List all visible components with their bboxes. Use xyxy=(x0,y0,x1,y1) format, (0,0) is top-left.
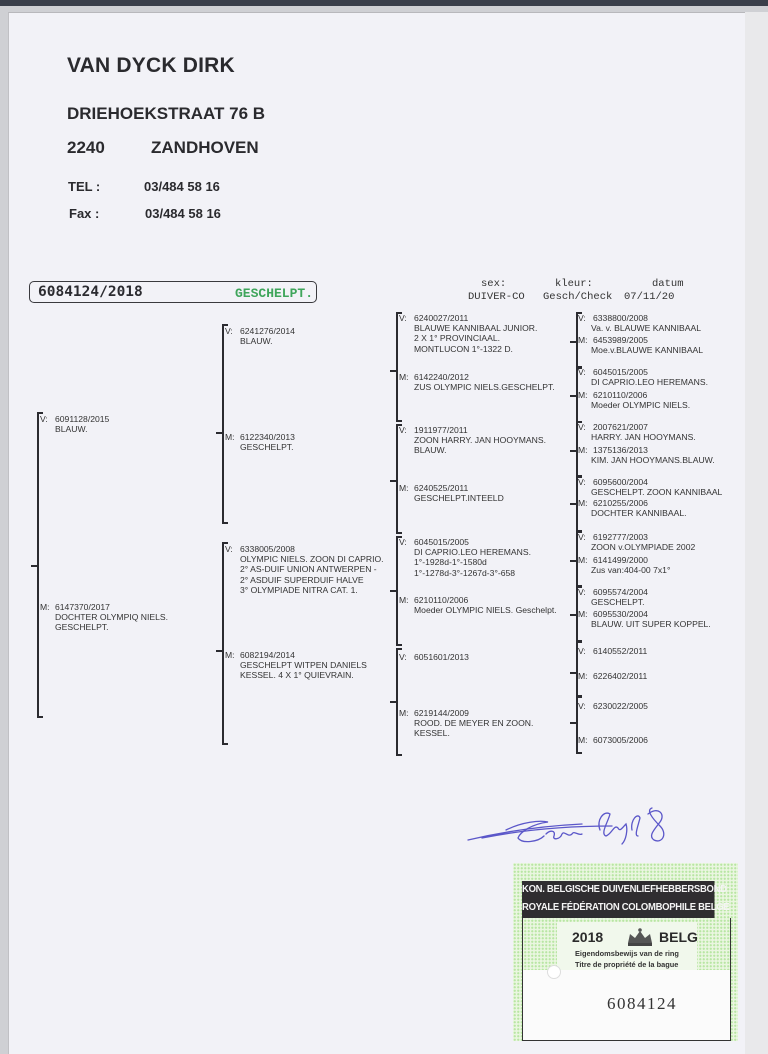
description-line: OLYMPIC NIELS. ZOON DI CAPRIO. xyxy=(225,554,384,564)
description-line: KIM. JAN HOOYMANS.BLAUW. xyxy=(578,455,715,465)
description-line: ZOON v.OLYMPIADE 2002 xyxy=(578,542,695,552)
owner-postal-code: 2240 xyxy=(67,138,105,158)
ring-number: 6045015/2005 xyxy=(578,367,708,377)
description-line: BLAUW. UIT SUPER KOPPEL. xyxy=(578,619,711,629)
ring-number: 6095574/2004 xyxy=(578,587,648,597)
card-country: BELG xyxy=(659,929,698,945)
ring-number: 6095530/2004 xyxy=(578,609,711,619)
tree-connector xyxy=(31,565,38,567)
description-line: DI CAPRIO.LEO HEREMANS. xyxy=(399,547,531,557)
sex-value: DUIVER-CO xyxy=(468,291,525,303)
fax-value: 03/484 58 16 xyxy=(145,206,221,221)
card-header-nl: KON. BELGISCHE DUIVENLIEFHEBBERSBOND xyxy=(522,881,715,899)
ring-number: 6051601/2013 xyxy=(399,652,469,662)
description-line: Va. v. BLAUWE KANNIBAAL xyxy=(578,323,701,333)
signature-icon xyxy=(462,800,692,850)
tree-connector xyxy=(570,341,577,343)
owner-city: ZANDHOVEN xyxy=(151,138,259,158)
description-line: Moeder OLYMPIC NIELS. Geschelpt. xyxy=(399,605,557,615)
description-line: ROOD. DE MEYER EN ZOON. xyxy=(399,718,533,728)
ring-number: 2007621/2007 xyxy=(578,422,696,432)
tree-connector xyxy=(390,370,397,372)
ring-number: 6095600/2004 xyxy=(578,477,722,487)
ring-number: 6210255/2006 xyxy=(578,498,687,508)
tree-connector xyxy=(390,701,397,703)
kleur-value: Gesch/Check xyxy=(543,291,612,303)
description-line: GESCHELPT. xyxy=(225,442,295,452)
ownership-card: KON. BELGISCHE DUIVENLIEFHEBBERSBOND ROY… xyxy=(513,863,738,1041)
scanner-frame-top xyxy=(0,0,768,6)
card-punch-hole xyxy=(547,965,561,979)
kleur-label: kleur: xyxy=(555,278,593,290)
tree-connector xyxy=(570,503,577,505)
ring-number: 6241276/2014 xyxy=(225,326,295,336)
ring-number: 6240525/2011 xyxy=(399,483,504,493)
description-line: GESCHELPT. ZOON KANNIBAAL xyxy=(578,487,722,497)
card-header-fr: ROYALE FÉDÉRATION COLOMBOPHILE BELGE xyxy=(522,899,715,917)
tel-value: 03/484 58 16 xyxy=(144,179,220,194)
card-ring-number: 6084124 xyxy=(607,994,677,1014)
description-line: ZOON HARRY. JAN HOOYMANS. xyxy=(399,435,546,445)
description-line: GESCHELPT.INTEELD xyxy=(399,493,504,503)
description-line: Moe.v.BLAUWE KANNIBAAL xyxy=(578,345,703,355)
ring-number: 1911977/2011 xyxy=(399,425,546,435)
description-line: Zus van:404-00 7x1° xyxy=(578,565,670,575)
tree-connector xyxy=(216,650,223,652)
description-line: KESSEL. 4 X 1° QUIEVRAIN. xyxy=(225,670,367,680)
datum-label: datum xyxy=(652,278,684,290)
description-line: KESSEL. xyxy=(399,728,533,738)
description-line: 3° OLYMPIADE NITRA CAT. 1. xyxy=(225,585,384,595)
description-line: 2° ASDUIF SUPERDUIF HALVE xyxy=(225,575,384,585)
card-title-nl: Eigendomsbewijs van de ring xyxy=(575,949,679,958)
tel-label: TEL : xyxy=(68,179,100,194)
owner-name: VAN DYCK DIRK xyxy=(67,54,235,78)
ring-number: 6122340/2013 xyxy=(225,432,295,442)
description-line: BLAUW. xyxy=(40,424,109,434)
tree-connector xyxy=(390,480,397,482)
ring-number: 6147370/2017 xyxy=(40,602,168,612)
crown-icon xyxy=(625,927,655,947)
ring-number: 1375136/2013 xyxy=(578,445,715,455)
ring-number: 6219144/2009 xyxy=(399,708,533,718)
description-line: ZUS OLYMPIC NIELS.GESCHELPT. xyxy=(399,382,555,392)
datum-value: 07/11/20 xyxy=(624,291,674,303)
ring-number: 6210110/2006 xyxy=(578,390,690,400)
ring-number: 6091128/2015 xyxy=(40,414,109,424)
ring-number: 6230022/2005 xyxy=(578,701,648,711)
ring-number: 6453989/2005 xyxy=(578,335,703,345)
ring-number: 6338800/2008 xyxy=(578,313,701,323)
ring-number: 6192777/2003 xyxy=(578,532,695,542)
card-header: KON. BELGISCHE DUIVENLIEFHEBBERSBOND ROY… xyxy=(522,881,715,918)
ring-number: 6140552/2011 xyxy=(578,646,647,656)
ring-number: 6240027/2011 xyxy=(399,313,537,323)
pigeon-color: GESCHELPT. xyxy=(235,286,313,301)
tree-connector xyxy=(570,672,577,674)
ring-number: 6142240/2012 xyxy=(399,372,555,382)
description-line: DOCHTER KANNIBAAL. xyxy=(578,508,687,518)
ring-number: 6082194/2014 xyxy=(225,650,367,660)
tree-connector xyxy=(216,432,223,434)
description-line: GESCHELPT. xyxy=(578,597,648,607)
description-line: GESCHELPT WITPEN DANIELS xyxy=(225,660,367,670)
tree-connector xyxy=(570,614,577,616)
description-line: 2 X 1° PROVINCIAAL. xyxy=(399,333,537,343)
ring-number: 6073005/2006 xyxy=(578,735,648,745)
card-title-fr: Titre de propriété de la bague xyxy=(575,960,678,969)
pigeon-ring-number: 6084124/2018 xyxy=(38,284,143,300)
tree-bracket xyxy=(222,324,228,524)
description-line: MONTLUCON 1°-1322 D. xyxy=(399,344,537,354)
description-line: 1°-1928d-1°-1580d xyxy=(399,557,531,567)
fax-label: Fax : xyxy=(69,206,99,221)
tree-connector xyxy=(570,395,577,397)
description-line: BLAUW. xyxy=(225,336,295,346)
owner-street: DRIEHOEKSTRAAT 76 B xyxy=(67,104,265,124)
description-line: BLAUW. xyxy=(399,445,546,455)
tree-connector xyxy=(570,722,577,724)
ring-number: 6338005/2008 xyxy=(225,544,384,554)
description-line: HARRY. JAN HOOYMANS. xyxy=(578,432,696,442)
ring-number: 6045015/2005 xyxy=(399,537,531,547)
tree-connector xyxy=(570,450,577,452)
ring-number: 6226402/2011 xyxy=(578,671,647,681)
description-line: DOCHTER OLYMPIQ NIELS. xyxy=(40,612,168,622)
description-line: GESCHELPT. xyxy=(40,622,168,632)
ring-number: 6141499/2000 xyxy=(578,555,670,565)
sex-label: sex: xyxy=(481,278,506,290)
description-line: BLAUWE KANNIBAAL JUNIOR. xyxy=(399,323,537,333)
ring-number: 6210110/2006 xyxy=(399,595,557,605)
scanner-frame-right xyxy=(745,12,768,1054)
description-line: 2° AS-DUIF UNION ANTWERPEN - xyxy=(225,564,384,574)
description-line: Moeder OLYMPIC NIELS. xyxy=(578,400,690,410)
description-line: 1°-1278d-3°-1267d-3°-658 xyxy=(399,568,531,578)
card-year: 2018 xyxy=(572,929,603,945)
tree-connector xyxy=(390,590,397,592)
description-line: DI CAPRIO.LEO HEREMANS. xyxy=(578,377,708,387)
tree-connector xyxy=(570,560,577,562)
